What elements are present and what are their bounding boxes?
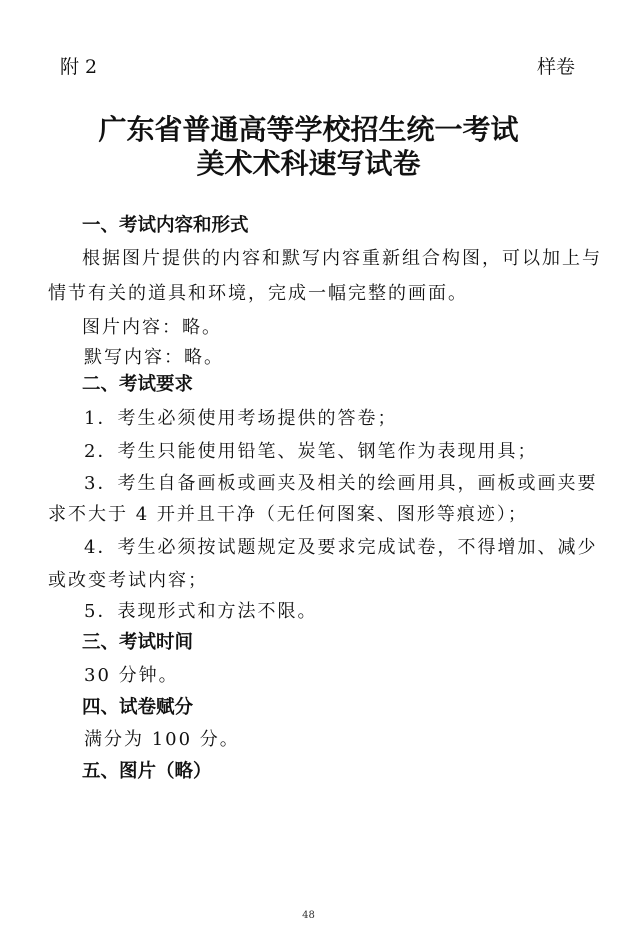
paragraph-line: 根据图片提供的内容和默写内容重新组合构图，可以加上与 xyxy=(82,244,602,270)
list-item: 2．考生只能使用铅笔、炭笔、钢笔作为表现用具； xyxy=(84,437,537,463)
section-heading-1: 一、考试内容和形式 xyxy=(82,211,249,237)
list-item-continuation: 或改变考试内容； xyxy=(48,566,208,592)
section-heading-2: 二、考试要求 xyxy=(82,370,193,396)
list-item: 1．考生必须使用考场提供的答卷； xyxy=(84,404,397,430)
list-item: 5．表现形式和方法不限。 xyxy=(84,597,317,623)
list-item: 4．考生必须按试题规定及要求完成试卷，不得增加、减少 xyxy=(84,533,597,559)
page-number: 48 xyxy=(0,910,617,921)
paragraph-line: 图片内容：略。 xyxy=(82,313,222,339)
paragraph-line: 满分为 100 分。 xyxy=(84,725,240,751)
paragraph-line: 30 分钟。 xyxy=(84,661,179,687)
sample-label: 样卷 xyxy=(537,52,575,79)
document-page: 附 2 样卷 广东省普通高等学校招生统一考试 美术术科速写试卷 一、考试内容和形… xyxy=(0,0,617,948)
list-item-continuation: 求不大于 4 开并且干净（无任何图案、图形等痕迹）； xyxy=(48,500,528,526)
section-heading-3: 三、考试时间 xyxy=(82,628,193,654)
section-heading-5: 五、图片（略） xyxy=(82,757,212,783)
document-title-line2: 美术术科速写试卷 xyxy=(0,142,617,182)
paragraph-line: 情节有关的道具和环境，完成一幅完整的画面。 xyxy=(48,279,468,305)
paragraph-line: 默写内容：略。 xyxy=(84,343,224,369)
annex-label: 附 2 xyxy=(60,52,97,79)
section-heading-4: 四、试卷赋分 xyxy=(82,693,193,719)
list-item: 3．考生自备画板或画夹及相关的绘画用具，画板或画夹要 xyxy=(84,469,597,495)
